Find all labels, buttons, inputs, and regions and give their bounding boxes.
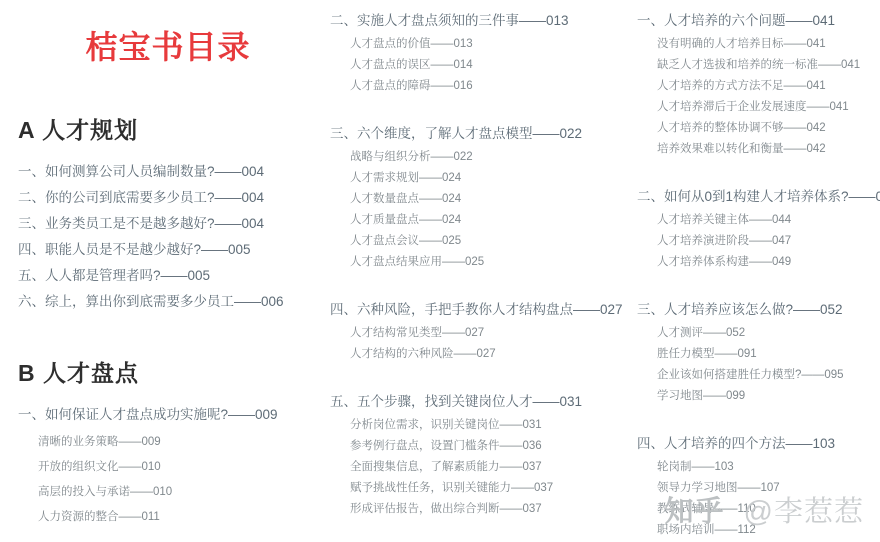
watermark-brand-logo: 知乎 (664, 496, 724, 528)
column-right-blocks: 一、人才培养的六个问题——041没有明确的人才培养目标——041缺乏人才选拔和培… (637, 12, 880, 537)
toc-subentry: 人才培养体系构建——049 (637, 255, 880, 269)
section-heading: A 人才规划 (18, 112, 318, 145)
toc-subentry: 人才培养关键主体——044 (637, 213, 880, 227)
watermark-author-handle: @李惹惹 (744, 496, 864, 528)
toc-entry: 二、如何从0到1构建人才培养体系?——044 (637, 188, 880, 206)
toc-entry: 二、实施人才盘点须知的三件事——013 (330, 12, 632, 30)
column-middle: 二、实施人才盘点须知的三件事——013人才盘点的价值——013人才盘点的误区——… (330, 0, 632, 516)
toc-entry: 五、五个步骤，找到关键岗位人才——031 (330, 393, 632, 411)
toc-entry: 六、综上，算出你到底需要多少员工——006 (18, 293, 318, 311)
column-left-blocks: A 人才规划一、如何测算公司人员编制数量?——004二、你的公司到底需要多少员工… (18, 112, 318, 524)
toc-subentry: 高层的投入与承诺——010 (18, 485, 318, 499)
toc-subentry: 人才盘点的障碍——016 (330, 79, 632, 93)
toc-subentry: 全面搜集信息，了解素质能力——037 (330, 460, 632, 474)
column-right: 一、人才培养的六个问题——041没有明确的人才培养目标——041缺乏人才选拔和培… (637, 0, 880, 537)
toc-subentry: 人才数量盘点——024 (330, 192, 632, 206)
toc-subentry: 人才质量盘点——024 (330, 213, 632, 227)
toc-subentry: 人才结构的六种风险——027 (330, 347, 632, 361)
toc-subentry: 战略与组织分析——022 (330, 150, 632, 164)
toc-subentry: 人才盘点结果应用——025 (330, 255, 632, 269)
toc-subentry: 缺乏人才选拔和培养的统一标准——041 (637, 58, 880, 72)
toc-subentry: 清晰的业务策略——009 (18, 435, 318, 449)
toc-entry: 三、六个维度，了解人才盘点模型——022 (330, 125, 632, 143)
toc-entry: 二、你的公司到底需要多少员工?——004 (18, 189, 318, 207)
toc-entry: 一、如何保证人才盘点成功实施呢?——009 (18, 406, 318, 424)
toc-subentry: 胜任力模型——091 (637, 347, 880, 361)
toc-subentry: 培养效果难以转化和衡量——042 (637, 142, 880, 156)
toc-subentry: 人才需求规划——024 (330, 171, 632, 185)
toc-subentry: 参考例行盘点，设置门槛条件——036 (330, 439, 632, 453)
toc-subentry: 形成评估报告，做出综合判断——037 (330, 502, 632, 516)
toc-entry: 一、人才培养的六个问题——041 (637, 12, 880, 30)
toc-entry: 四、人才培养的四个方法——103 (637, 435, 880, 453)
toc-entry: 五、人人都是管理者吗?——005 (18, 267, 318, 285)
toc-subentry: 赋予挑战性任务，识别关键能力——037 (330, 481, 632, 495)
toc-page: 桔宝书目录 A 人才规划一、如何测算公司人员编制数量?——004二、你的公司到底… (0, 0, 880, 542)
section-heading: B 人才盘点 (18, 355, 318, 388)
toc-subentry: 人才测评——052 (637, 326, 880, 340)
toc-subentry: 人才盘点会议——025 (330, 234, 632, 248)
toc-subentry: 开放的组织文化——010 (18, 460, 318, 474)
column-middle-blocks: 二、实施人才盘点须知的三件事——013人才盘点的价值——013人才盘点的误区——… (330, 12, 632, 516)
toc-entry: 四、职能人员是不是越少越好?——005 (18, 241, 318, 259)
watermark: 知乎 @李惹惹 (664, 489, 864, 530)
toc-subentry: 分析岗位需求，识别关键岗位——031 (330, 418, 632, 432)
toc-subentry: 人力资源的整合——011 (18, 510, 318, 524)
toc-subentry: 企业该如何搭建胜任力模型?——095 (637, 368, 880, 382)
toc-subentry: 没有明确的人才培养目标——041 (637, 37, 880, 51)
toc-entry: 三、人才培养应该怎么做?——052 (637, 301, 880, 319)
toc-subentry: 学习地图——099 (637, 389, 880, 403)
toc-subentry: 人才培养演进阶段——047 (637, 234, 880, 248)
toc-subentry: 人才盘点的误区——014 (330, 58, 632, 72)
page-title: 桔宝书目录 (18, 22, 318, 68)
toc-subentry: 人才培养的整体协调不够——042 (637, 121, 880, 135)
toc-subentry: 轮岗制——103 (637, 460, 880, 474)
toc-subentry: 人才盘点的价值——013 (330, 37, 632, 51)
toc-entry: 一、如何测算公司人员编制数量?——004 (18, 163, 318, 181)
toc-subentry: 人才培养滞后于企业发展速度——041 (637, 100, 880, 114)
toc-entry: 四、六种风险，手把手教你人才结构盘点——027 (330, 301, 632, 319)
column-left: 桔宝书目录 A 人才规划一、如何测算公司人员编制数量?——004二、你的公司到底… (18, 0, 318, 524)
toc-entry: 三、业务类员工是不是越多越好?——004 (18, 215, 318, 233)
toc-subentry: 人才培养的方式方法不足——041 (637, 79, 880, 93)
toc-subentry: 人才结构常见类型——027 (330, 326, 632, 340)
